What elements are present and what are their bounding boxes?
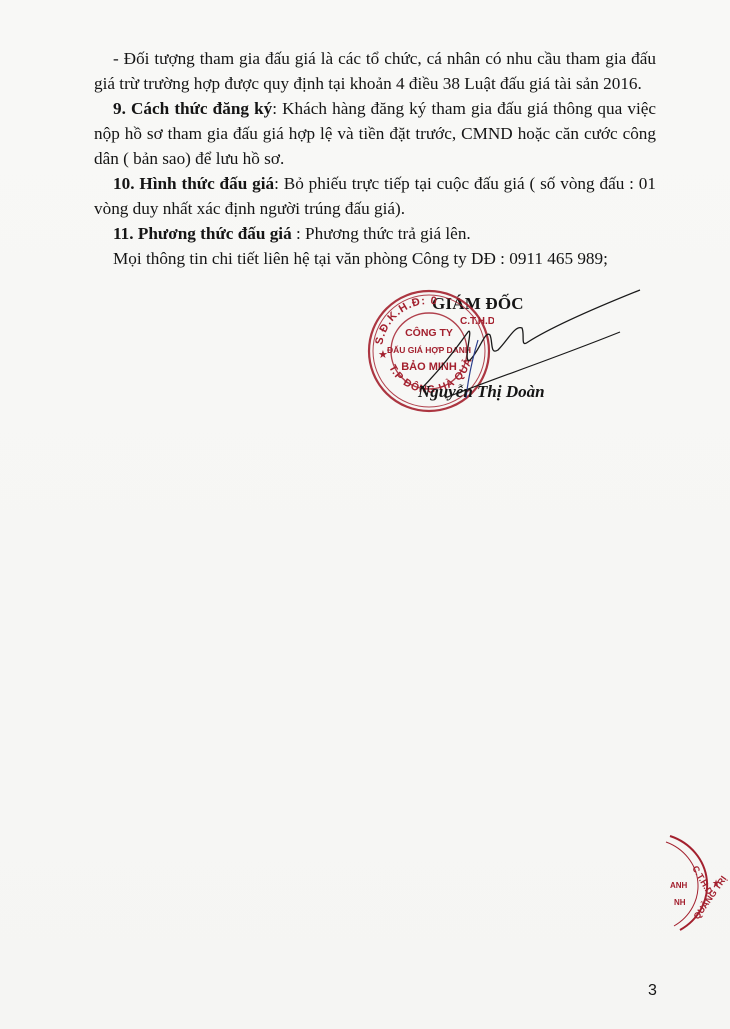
paragraph-contact: Mọi thông tin chi tiết liên hệ tại văn p… <box>94 246 656 271</box>
signer-name: Nguyễn Thị Doàn <box>418 382 545 402</box>
svg-text:NH: NH <box>674 898 686 907</box>
paragraph-text: - Đối tượng tham gia đấu giá là các tổ c… <box>94 49 656 93</box>
paragraph-auction-form: 10. Hình thức đấu giá: Bỏ phiếu trực tiế… <box>94 171 656 221</box>
paragraph-heading: 9. Cách thức đăng ký <box>113 99 272 118</box>
paragraph-text: : Phương thức trả giá lên. <box>292 224 471 243</box>
paragraph-auction-method: 11. Phương thức đấu giá : Phương thức tr… <box>94 221 656 246</box>
paragraph-registration: 9. Cách thức đăng ký: Khách hàng đăng ký… <box>94 96 656 171</box>
page-number: 3 <box>648 982 657 1000</box>
document-body: - Đối tượng tham gia đấu giá là các tổ c… <box>94 46 656 271</box>
document-page: - Đối tượng tham gia đấu giá là các tổ c… <box>0 0 730 1029</box>
paragraph-participants: - Đối tượng tham gia đấu giá là các tổ c… <box>94 46 656 96</box>
paragraph-heading: 10. Hình thức đấu giá <box>113 174 274 193</box>
svg-text:ANH: ANH <box>670 881 688 890</box>
signature-block: GIÁM ĐỐC S.Đ.K.H.Đ: 0 T.P ĐÔNG HÀ QUẢNG … <box>350 280 650 420</box>
paragraph-text: Mọi thông tin chi tiết liên hệ tại văn p… <box>113 249 608 268</box>
paragraph-heading: 11. Phương thức đấu giá <box>113 224 292 243</box>
edge-seal-icon: C.T.H.D ★ QUẢNG TRỊ ANH NH <box>640 830 730 940</box>
